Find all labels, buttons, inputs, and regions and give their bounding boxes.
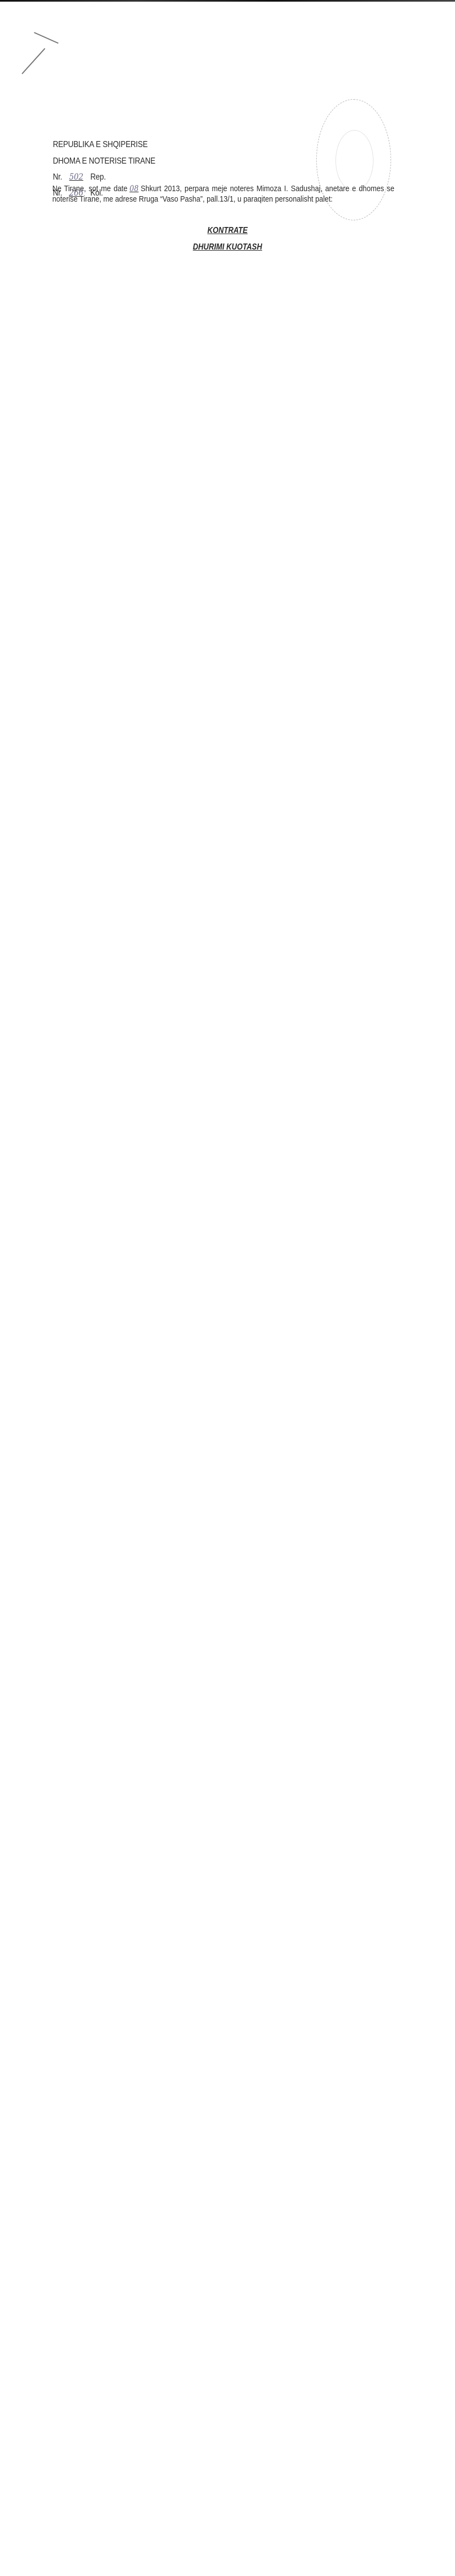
contract-title: KONTRATE <box>174 226 281 236</box>
intro: Ne Tirane, sot me date08Shkurt 2013, per… <box>52 183 394 205</box>
republic-label: REPUBLIKA E SHQIPERISE <box>53 139 148 150</box>
staple-mark <box>34 32 59 44</box>
rep-number-value: 502 <box>62 172 90 182</box>
chamber-label: DHOMA E NOTERISE TIRANE <box>53 156 155 166</box>
intro-date-value: 08 <box>127 183 140 194</box>
contract-subtitle: DHURIMI KUOTASH <box>174 242 281 252</box>
page-top-edge <box>0 0 455 2</box>
rep-number: Nr.502Rep. <box>53 172 106 182</box>
page-contract: REPUBLIKA E SHQIPERISE DHOMA E NOTERISE … <box>0 0 455 658</box>
staple-mark <box>21 48 45 74</box>
